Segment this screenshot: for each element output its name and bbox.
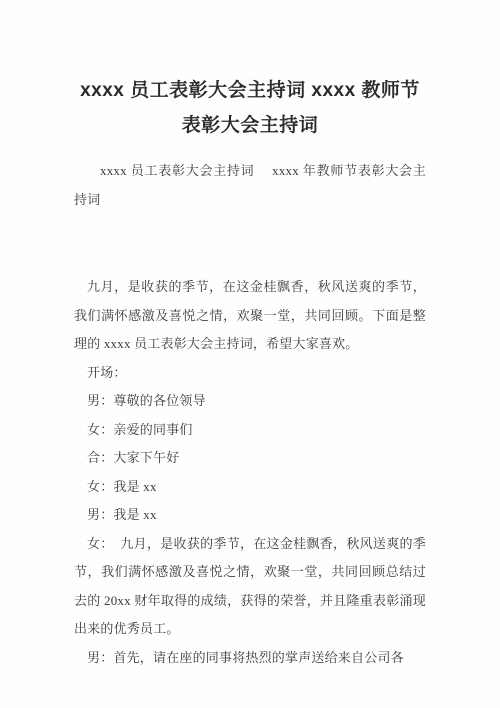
dialogue-line-male-2: 男：我是 xx <box>74 501 426 530</box>
dialogue-line-female-2: 女：我是 xx <box>74 473 426 502</box>
dialogue-line-both: 合：大家下午好 <box>74 444 426 473</box>
document-subtitle: xxxx 员工表彰大会主持词 xxxx 年教师节表彰大会主持词 <box>74 157 426 214</box>
dialogue-line-male-1: 男：尊敬的各位领导 <box>74 387 426 416</box>
dialogue-line-female-3: 女： 九月，是收获的季节，在这金桂飘香，秋风送爽的季节，我们满怀感激及喜悦之情，… <box>74 530 426 644</box>
document-page: xxxx 员工表彰大会主持词 xxxx 教师节表彰大会主持词 xxxx 员工表彰… <box>0 0 500 708</box>
dialogue-line-male-3: 男：首先，请在座的同事将热烈的掌声送给来自公司各 <box>74 644 426 673</box>
paragraph-opening-label: 开场： <box>74 359 426 388</box>
document-body: 九月，是收获的季节，在这金桂飘香，秋风送爽的季节，我们满怀感激及喜悦之情，欢聚一… <box>74 273 426 672</box>
paragraph-intro: 九月，是收获的季节，在这金桂飘香，秋风送爽的季节，我们满怀感激及喜悦之情，欢聚一… <box>74 273 426 359</box>
dialogue-line-female-1: 女：亲爱的同事们 <box>74 416 426 445</box>
document-title: xxxx 员工表彰大会主持词 xxxx 教师节表彰大会主持词 <box>74 73 426 143</box>
